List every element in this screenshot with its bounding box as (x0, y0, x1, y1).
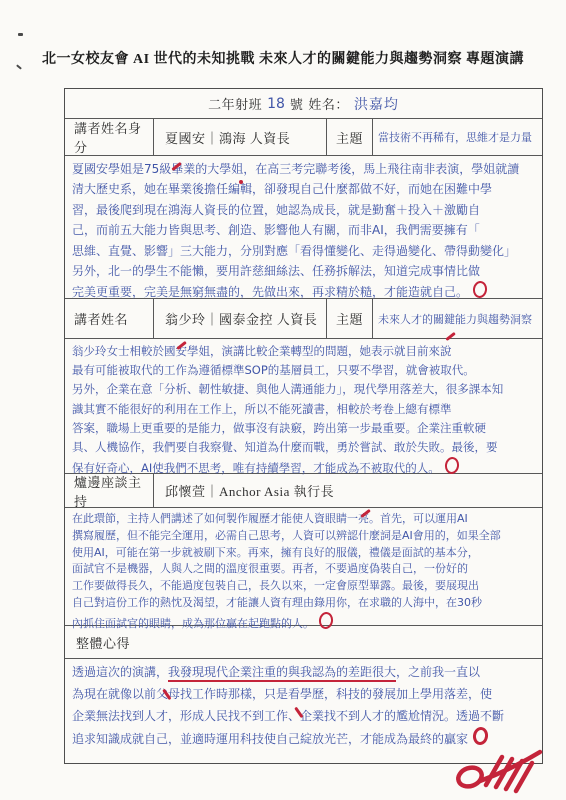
speaker2-row: 講者姓名 翁少玲｜國泰金控 人資長 主題 未來人才的關鍵能力與趨勢洞察 (65, 299, 542, 339)
speaker2-topic-cell: 未來人才的關鍵能力與趨勢洞察 (373, 299, 542, 338)
speaker1-row: 講者姓名身分 夏國安｜鴻海 人資長 主題 當技術不再稀有，思維才是力量 (65, 119, 542, 156)
handwritten-line: 思維、直覺、影響」三大能力，分別對應「看得懂變化、走得過變化、帶得動變化」 (72, 241, 538, 261)
student-info-row: 二年射班 18 號 姓名： 洪嘉均 (65, 89, 542, 119)
handwritten-line: 使用AI，可能在第一步就被刷下來。再來，擁有良好的服儀，禮儀是面試的基本分， (72, 545, 538, 562)
handwritten-line: 習，最後爬到現在鴻海人資長的位置，她認為成長，就是勤奮＋投入＋激勵自 (72, 200, 538, 220)
red-dot-mark (239, 180, 243, 184)
host-row: 爐邊座談主持 邱懷萱｜Anchor Asia 執行長 (65, 474, 542, 508)
handwritten-line: 翁少玲女士相較於國安學姐，演講比較企業轉型的問題，她表示就目前來說 (72, 342, 538, 361)
handwritten-line: 夏國安學姐是75級畢業的大學姐，在高三考完聯考後，馬上飛往南非表演，學姐就讀 (72, 159, 538, 179)
handwritten-line: 透過這次的演講，我發現現代企業注重的與我認為的差距很大，之前我一直以 (72, 662, 538, 684)
handwritten-line: 撰寫履歷，但不能完全運用，必需自己思考，人資可以辨認什麼詞是AI會用的，如果全部 (72, 528, 538, 545)
handwritten-line: 為現在就像以前父母找工作時那樣，只是看學歷，科技的發展加上學用落差，使 (72, 684, 538, 706)
handwritten-line: 另外，企業在意「分析、韌性敏捷、與他人溝通能力」，現代學用落差大，很多課本知 (72, 380, 538, 399)
speaker1-topic-handwritten: 當技術不再稀有，思維才是力量 (378, 129, 532, 145)
handwritten-line: 面試官不是機器，人與人之間的溫度很重要。再者，不要過度偽裝自己，一份好的 (72, 561, 538, 578)
speaker2-label: 講者姓名 (74, 309, 128, 328)
notes-speaker1: 夏國安學姐是75級畢業的大學姐，在高三考完聯考後，馬上飛往南非表演，學姐就讀 清… (65, 156, 542, 299)
handwritten-text: 完美更重要，完美是無窮無盡的，先做出來，再求精於糙，才能造就自己。 (72, 285, 468, 299)
name-label: 姓名： (308, 94, 349, 113)
teacher-red-underline: 我發現現代企業注重的與我認為的差距很大 (168, 665, 396, 682)
handwritten-line: 工作要做得長久，不能過度包裝自己，長久以來，一定會原型畢露。最後，要展現出 (72, 578, 538, 595)
handwritten-line: 在此環節，主持人們講述了如何製作履歷才能使人資眼睛一亮。首先，可以運用AI (72, 511, 538, 528)
teacher-red-circle-mark (444, 457, 460, 475)
worksheet-table: 二年射班 18 號 姓名： 洪嘉均 講者姓名身分 夏國安｜鴻海 人資長 主題 當… (64, 88, 543, 764)
handwritten-line: 具、人機協作，我們要自我察覺、知道為什麼而戰，勇於嘗試、敢於失敗。最後，要 (72, 438, 538, 457)
handwritten-text: ，之前我一直以 (396, 665, 480, 679)
page-title: 北一女校友會 AI 世代的未知挑戰 未來人才的關鍵能力與趨勢洞察 專題演講 (0, 48, 566, 68)
topic-label: 主題 (336, 309, 363, 328)
notes-fireside: 在此環節，主持人們講述了如何製作履歷才能使人資眼睛一亮。首先，可以運用AI 撰寫… (65, 508, 542, 626)
scanned-worksheet-page: 北一女校友會 AI 世代的未知挑戰 未來人才的關鍵能力與趨勢洞察 專題演講 二年… (0, 0, 566, 800)
handwritten-line: 識其實不能很好的利用在工作上，所以不能死讀書，相較於考卷上總有標準 (72, 400, 538, 419)
handwritten-line: 清大歷史系，她在畢業後擔任編輯，卻發現自己什麼都做不好，而她在困難中學 (72, 179, 538, 199)
handwritten-line: 己，而前五大能力皆與思考、創造、影響他人有關，而非AI，我們需要擁有「 (72, 220, 538, 240)
host-label-cell: 爐邊座談主持 (65, 474, 154, 507)
seat-number-handwritten: 18 (267, 96, 285, 112)
speaker1-label-cell: 講者姓名身分 (65, 119, 154, 155)
handwritten-line: 最有可能被取代的工作為遵循標準SOP的基層員工，只要不學習，就會被取代。 (72, 361, 538, 380)
topic-label: 主題 (336, 128, 363, 147)
host-name: 邱懷萱｜Anchor Asia 執行長 (165, 481, 334, 500)
teacher-grade-mark (450, 740, 545, 800)
handwritten-line: 自己對這份工作的熱忱及渴望，才能讓人資有理由錄用你，在求職的人海中，在30秒 (72, 595, 538, 612)
grade-mark-icon (450, 740, 545, 798)
speaker2-name: 翁少玲｜國泰金控 人資長 (165, 309, 317, 328)
speaker2-label-cell: 講者姓名 (65, 299, 154, 338)
notes-speaker2: 翁少玲女士相較於國安學姐，演講比較企業轉型的問題，她表示就目前來說 最有可能被取… (65, 339, 542, 474)
host-label: 爐邊座談主持 (74, 474, 153, 507)
speaker2-topic-label-cell: 主題 (327, 299, 373, 338)
student-name-handwritten: 洪嘉均 (354, 94, 399, 114)
teacher-red-circle-mark (472, 281, 488, 299)
overall-header-row: 整體心得 (65, 626, 542, 659)
number-label: 號 (290, 94, 304, 113)
class-label: 二年射班 (208, 94, 262, 113)
handwritten-line: 另外，北一的學生不能懶，要用許慈細絲法、任務拆解法，知道完成事情比做 (72, 261, 538, 281)
speaker1-topic-label-cell: 主題 (327, 119, 373, 155)
speaker1-label: 講者姓名身分 (74, 119, 153, 155)
speaker2-topic-handwritten: 未來人才的關鍵能力與趨勢洞察 (378, 311, 532, 327)
speaker1-name-cell: 夏國安｜鴻海 人資長 (154, 119, 327, 155)
handwritten-text: 透過這次的演講， (72, 665, 168, 679)
speaker1-topic-cell: 當技術不再稀有，思維才是力量 (373, 119, 542, 155)
scan-speck (18, 33, 23, 36)
overall-label: 整體心得 (76, 633, 130, 652)
handwritten-line: 答案，職場上更重要的是能力，做事沒有訣竅，跨出第一步最重要。企業注重軟硬 (72, 419, 538, 438)
host-name-cell: 邱懷萱｜Anchor Asia 執行長 (154, 474, 542, 507)
speaker2-name-cell: 翁少玲｜國泰金控 人資長 (154, 299, 327, 338)
handwritten-text: 追求知識成就自己，並適時運用科技使自己綻放光芒，才能成為最終的贏家 (72, 732, 468, 746)
handwritten-line: 企業無法找到人才，形成人民找不到工作、企業找不到人才的尷尬情況。透過不斷 (72, 706, 538, 728)
speaker1-name: 夏國安｜鴻海 人資長 (165, 128, 290, 147)
